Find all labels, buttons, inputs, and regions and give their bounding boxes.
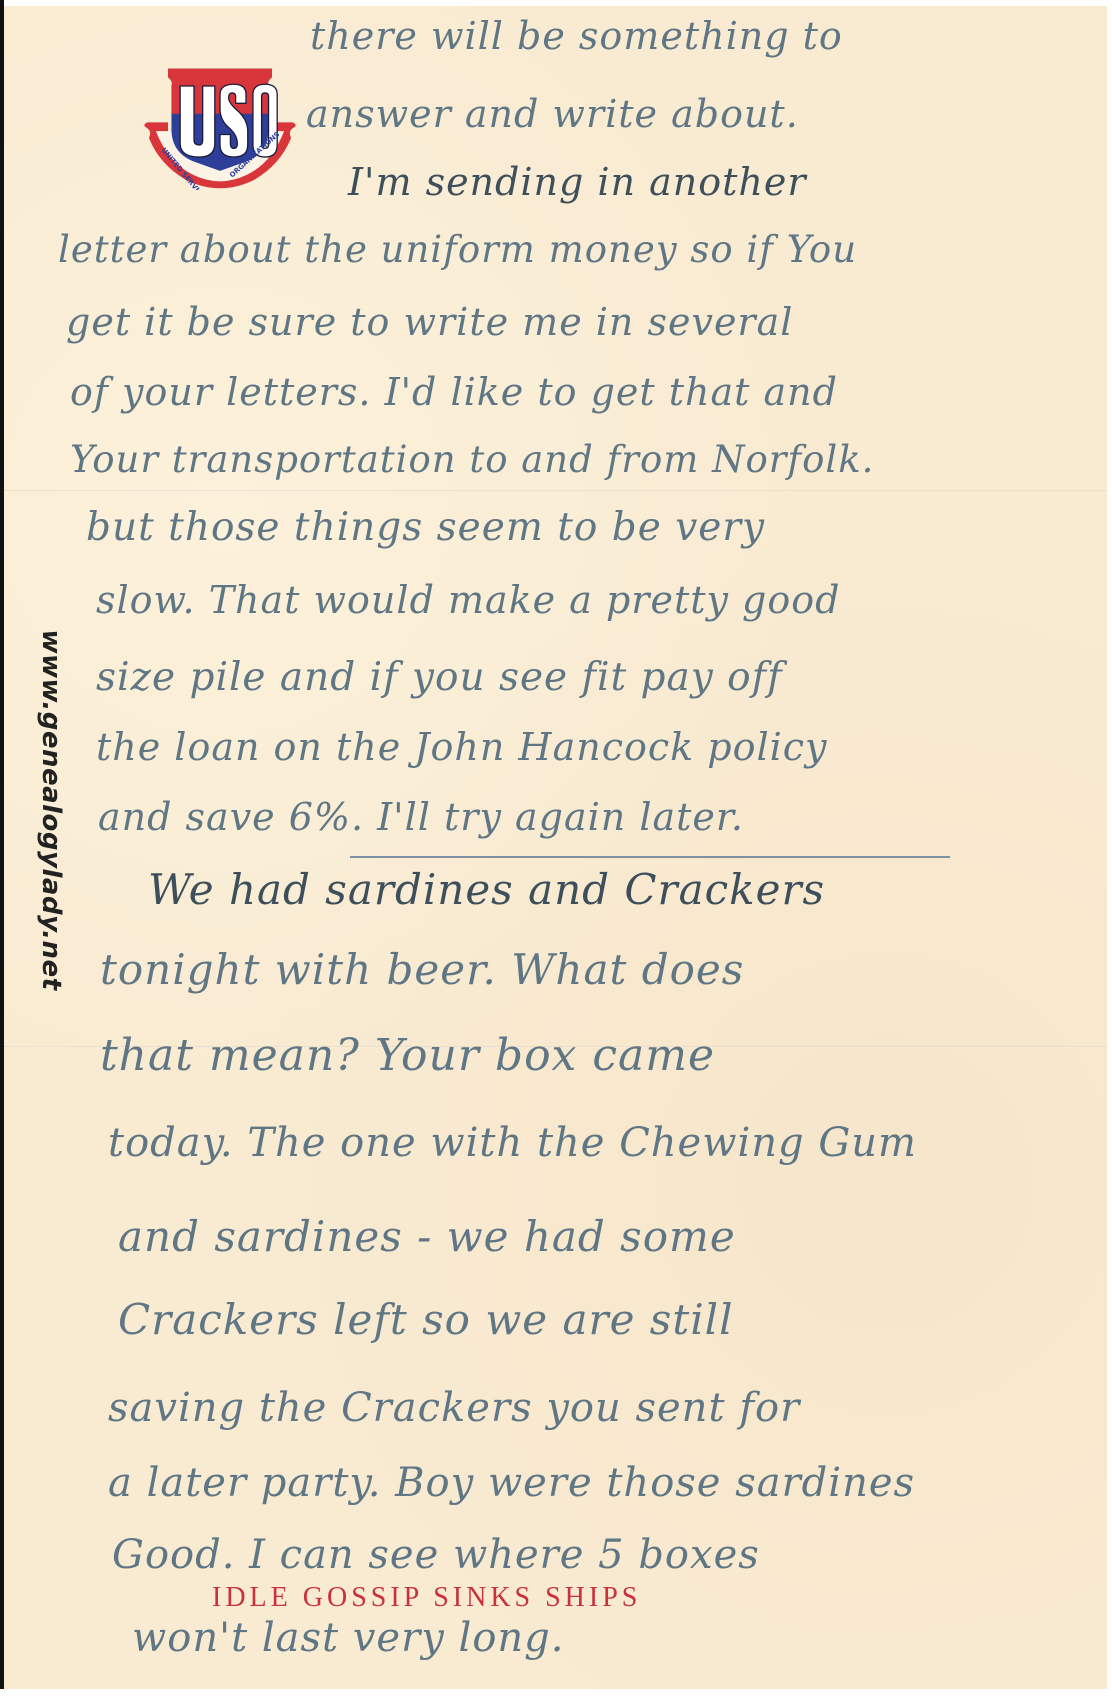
- letter-line: answer and write about.: [306, 92, 799, 136]
- letter-line: size pile and if you see fit pay off: [96, 655, 783, 700]
- footer-slogan: IDLE GOSSIP SINKS SHIPS: [212, 1582, 641, 1614]
- letter-line: a later party. Boy were those sardines: [108, 1460, 915, 1506]
- uso-logo-icon: UNITED SERVICE ORGANIZATIONS: [135, 60, 305, 190]
- letter-line: I'm sending in another: [348, 160, 807, 204]
- scan-bottom-margin: [0, 1689, 1112, 1699]
- letter-line: Good. I can see where 5 boxes: [112, 1532, 760, 1578]
- letter-line: Crackers left so we are still: [118, 1295, 734, 1344]
- letter-line: saving the Crackers you sent for: [108, 1385, 800, 1431]
- letter-line: letter about the uniform money so if You: [58, 228, 857, 271]
- letter-line: We had sardines and Crackers: [148, 865, 825, 914]
- letter-line: won't last very long.: [132, 1615, 564, 1661]
- letter-line: get it be sure to write me in several: [66, 300, 793, 344]
- letter-line: Your transportation to and from Norfolk.: [70, 438, 874, 481]
- underline: [350, 856, 950, 858]
- letter-line: today. The one with the Chewing Gum: [108, 1120, 917, 1166]
- watermark-url: www.genealogylady.net: [31, 645, 71, 975]
- letter-line: that mean? Your box came: [100, 1030, 715, 1081]
- letter-line: of your letters. I'd like to get that an…: [70, 370, 838, 414]
- letter-line: but those things seem to be very: [86, 505, 765, 550]
- letter-line: and sardines - we had some: [118, 1212, 736, 1261]
- letter-line: there will be something to: [310, 14, 843, 58]
- fold-line: [4, 490, 1107, 492]
- letter-line: and save 6%. I'll try again later.: [98, 795, 744, 839]
- letter-line: tonight with beer. What does: [100, 945, 744, 994]
- letter-line: slow. That would make a pretty good: [96, 578, 840, 622]
- letter-line: the loan on the John Hancock policy: [96, 725, 828, 769]
